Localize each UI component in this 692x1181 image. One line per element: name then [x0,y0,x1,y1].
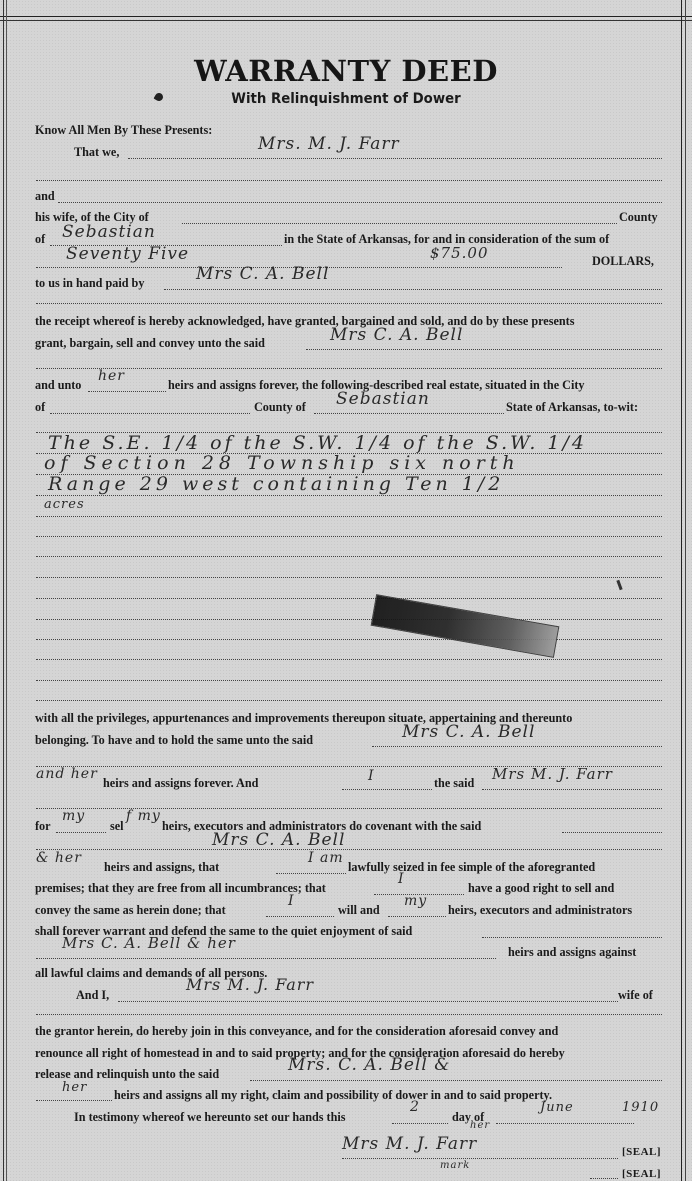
and-label: and [35,189,55,204]
seal-label-1: [SEAL] [622,1146,661,1158]
and-unto-label: and unto [35,378,81,393]
her-rule [36,1100,112,1101]
release-rule [250,1080,662,1081]
document-title: WARRANTY DEED [0,54,692,88]
covenant-field[interactable]: Mrs C. A. Bell [212,830,345,850]
self-label: sel [110,819,124,834]
grantee-field[interactable]: Mrs C. A. Bell [330,325,463,345]
will-and-field[interactable]: my [404,893,427,909]
description-rule [36,619,662,620]
for-label: for [35,819,51,834]
her-heirs-field[interactable]: & her [36,850,82,866]
description-rule [36,516,662,517]
testimony-label: In testimony whereof we hereunto set our… [74,1110,346,1125]
legal-description-line-4[interactable]: acres [44,497,85,512]
heirs-that-rule [276,873,346,874]
year-field[interactable]: 1910 [622,1100,659,1115]
paid-by-rule [164,289,662,290]
blank-rule [36,180,662,181]
covenant-value-rule [36,849,662,850]
quiet-enjoyment-field[interactable]: Mrs C. A. Bell & her [62,934,236,952]
signature-rule [342,1158,618,1159]
day-field[interactable]: 2 [410,1099,420,1115]
premises-field[interactable]: I [398,871,405,887]
the-said-rule [482,789,662,790]
good-right-text: have a good right to sell and [468,881,614,896]
heirs-that-field[interactable]: I am [308,850,344,866]
month-field[interactable]: June [540,1100,574,1115]
blank-rule [36,368,662,369]
signature-mark-below: mark [440,1160,470,1171]
executors-text: heirs, executors and administrators [448,903,632,918]
description-rule [36,556,662,557]
of-label: of [35,232,45,247]
lawfully-text: lawfully seized in fee simple of the afo… [348,860,595,875]
for-field[interactable]: my [62,808,85,824]
her-field[interactable]: her [62,1080,87,1095]
legal-description-line-2[interactable]: of Section 28 Township six north [44,452,520,474]
county-field[interactable]: Sebastian [62,222,156,242]
release-field[interactable]: Mrs. C. A. Bell & [288,1055,450,1075]
county-of-field[interactable]: Sebastian [336,389,430,409]
blank-rule [36,303,662,304]
of-city-rule [50,413,250,414]
intro-heading: Know All Men By These Presents: [35,123,212,138]
and-i-label: And I, [76,988,109,1003]
legal-description-line-3[interactable]: Range 29 west containing Ten 1/2 [48,473,504,495]
description-rule [36,680,662,681]
grantor-name-field[interactable]: Mrs. M. J. Farr [258,134,400,154]
legal-description-line-1[interactable]: The S.E. 1/4 of the S.W. 1/4 of the S.W.… [48,432,587,454]
and-rule [58,202,662,203]
description-rule [36,659,662,660]
convey-label: convey the same as herein done; that [35,903,226,918]
for-rule [56,832,106,833]
and-unto-field[interactable]: her [98,368,125,384]
grantor-text: the grantor herein, do hereby join in th… [35,1024,558,1039]
covenant-rule [562,832,662,833]
month-rule [496,1123,634,1124]
description-rule [36,639,662,640]
paid-by-label: to us in hand paid by [35,276,144,291]
dower-text: heirs and assigns all my right, claim an… [114,1088,552,1103]
county-label: County [619,210,658,225]
and-unto-rule [88,391,166,392]
dower-name-rule [118,1001,618,1002]
county-of-label: County of [254,400,306,415]
description-rule [36,700,662,701]
convey-field[interactable]: I [288,893,295,909]
self-field[interactable]: f my [126,808,161,824]
seal-label-2: [SEAL] [622,1168,661,1180]
right-border [681,0,686,1181]
sum-figures-field[interactable]: $75.00 [430,244,489,262]
dollars-label: DOLLARS, [592,254,654,269]
paid-by-field[interactable]: Mrs C. A. Bell [196,264,329,284]
county-of-rule [314,413,504,414]
premises-label: premises; that they are free from all in… [35,881,326,896]
and-i-field[interactable]: I [368,768,375,784]
left-border [3,0,7,1181]
description-rule [36,495,662,496]
belonging-label: belonging. To have and to hold the same … [35,733,313,748]
description-rule [36,577,662,578]
day-rule [392,1123,448,1124]
against-label: heirs and assigns against [508,945,636,960]
convey-rule [266,916,334,917]
state-towit-label: State of Arkansas, to-wit: [506,400,638,415]
the-said-label: the said [434,776,474,791]
dower-name-field[interactable]: Mrs M. J. Farr [186,975,314,994]
heirs-forever-label: heirs and assigns forever. And [103,776,258,791]
that-we-rule [128,158,662,159]
blank-rule [36,1014,662,1015]
signature-field[interactable]: Mrs M. J. Farr [342,1134,477,1154]
that-we-label: That we, [74,145,119,160]
will-and-label: will and [338,903,380,918]
city-rule [182,223,617,224]
ink-smudge [371,594,560,658]
belonging-rule [372,746,662,747]
top-border-rule [0,16,692,21]
belonging-field[interactable]: Mrs C. A. Bell [402,722,535,742]
sum-words-field[interactable]: Seventy Five [66,244,189,264]
second-signature-rule [590,1178,618,1179]
will-and-rule [388,916,446,917]
document-subtitle: With Relinquishment of Dower [17,91,674,107]
description-rule [36,536,662,537]
defend-rule [482,937,662,938]
wife-of-label: wife of [618,988,653,1003]
heirs-that-label: heirs and assigns, that [104,860,219,875]
grantee-rule [306,349,662,350]
quiet-rule [36,958,496,959]
the-said-field[interactable]: Mrs M. J. Farr [492,765,613,783]
and-her-field[interactable]: and her [36,766,98,782]
signature-mark-above: her [470,1120,490,1131]
and-i-rule [342,789,432,790]
grant-label: grant, bargain, sell and convey unto the… [35,336,265,351]
deed-page: WARRANTY DEED With Relinquishment of Dow… [0,0,692,1181]
description-rule [36,598,662,599]
of-city-label: of [35,400,45,415]
receipt-text: the receipt whereof is hereby acknowledg… [35,314,574,329]
ink-mark [616,580,622,590]
